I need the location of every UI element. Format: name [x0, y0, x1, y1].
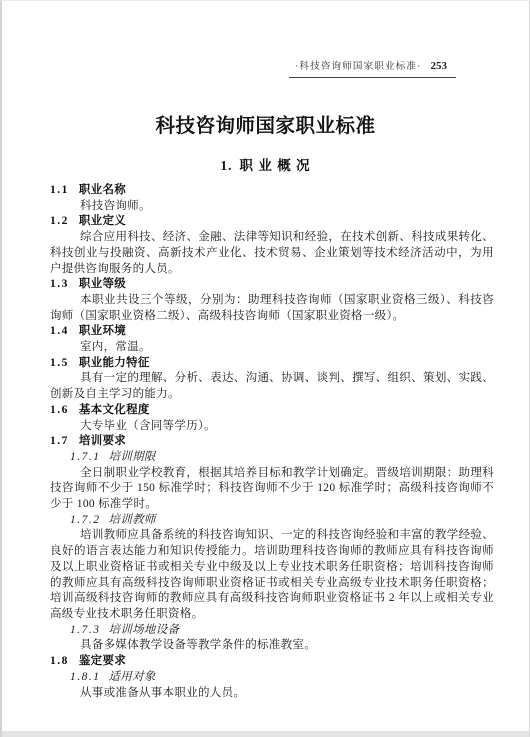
section-heading: 1.5职业能力特征 — [50, 356, 494, 372]
subsection-1-7-3: 1.7.3培训场地设备 具备多媒体教学设备等教学条件的标准教室。 — [50, 623, 494, 654]
paragraph: 具有一定的理解、分析、表达、沟通、协调、谈判、撰写、组织、策划、实践、创新及自主… — [50, 371, 494, 402]
section-1-3: 1.3职业等级 本职业共设三个等级，分别为：助理科技咨询师（国家职业资格三级）、… — [50, 277, 494, 324]
subsection-title: 适用对象 — [109, 671, 156, 683]
section-heading: 1.6基本文化程度 — [50, 403, 494, 419]
section-heading: 1.1职业名称 — [50, 183, 494, 199]
section-title: 基本文化程度 — [79, 404, 150, 416]
section-number: 1.2 — [50, 215, 69, 227]
section-heading: 1.2职业定义 — [50, 214, 494, 230]
page-header: ·科技咨询师国家职业标准· 253 — [289, 58, 456, 78]
paragraph: 全日制职业学校教育，根据其培养目标和教学计划确定。晋级培训期限：助理科技咨询师不… — [50, 466, 494, 513]
section-heading: 1.8鉴定要求 — [50, 654, 494, 670]
running-title: ·科技咨询师国家职业标准· — [295, 58, 421, 72]
section-1-1: 1.1职业名称 科技咨询师。 — [50, 183, 494, 214]
subsection-number: 1.8.1 — [70, 671, 101, 683]
page-bottom-edge — [2, 731, 529, 737]
subsection-1-8-1: 1.8.1适用对象 从事或准备从事本职业的人员。 — [50, 670, 494, 701]
chapter-title: 职 业 概 况 — [240, 158, 311, 173]
section-1-7: 1.7培训要求 1.7.1培训期限 全日制职业学校教育，根据其培养目标和教学计划… — [50, 434, 494, 654]
section-title: 职业定义 — [79, 215, 126, 227]
subsection-1-7-1: 1.7.1培训期限 全日制职业学校教育，根据其培养目标和教学计划确定。晋级培训期… — [50, 450, 494, 513]
section-heading: 1.3职业等级 — [50, 277, 494, 293]
section-1-5: 1.5职业能力特征 具有一定的理解、分析、表达、沟通、协调、谈判、撰写、组织、策… — [50, 356, 494, 403]
subsection-heading: 1.7.1培训期限 — [70, 450, 494, 466]
section-heading: 1.4职业环境 — [50, 324, 494, 340]
paragraph: 室内，常温。 — [50, 340, 494, 356]
subsection-title: 培训教师 — [109, 514, 156, 526]
section-number: 1.8 — [50, 655, 69, 667]
section-1-8: 1.8鉴定要求 1.8.1适用对象 从事或准备从事本职业的人员。 — [50, 654, 494, 701]
subsection-heading: 1.7.2培训教师 — [70, 513, 494, 529]
subsection-heading: 1.8.1适用对象 — [70, 670, 494, 686]
paragraph: 大专毕业（含同等学历）。 — [50, 419, 494, 435]
subsection-heading: 1.7.3培训场地设备 — [70, 623, 494, 639]
subsection-title: 培训场地设备 — [109, 624, 180, 636]
paragraph: 本职业共设三个等级，分别为：助理科技咨询师（国家职业资格三级）、科技咨询师（国家… — [50, 293, 494, 324]
paragraph: 科技咨询师。 — [50, 199, 494, 215]
document-page: ·科技咨询师国家职业标准· 253 科技咨询师国家职业标准 1.职 业 概 况 … — [0, 0, 530, 737]
section-number: 1.1 — [50, 184, 69, 196]
document-body: 1.1职业名称 科技咨询师。 1.2职业定义 综合应用科技、经济、金融、法律等知… — [50, 183, 494, 701]
subsection-number: 1.7.2 — [70, 514, 101, 526]
section-title: 培训要求 — [79, 435, 126, 447]
section-number: 1.6 — [50, 404, 69, 416]
page-number: 253 — [431, 60, 448, 72]
section-1-2: 1.2职业定义 综合应用科技、经济、金融、法律等知识和经验，在技术创新、科技成果… — [50, 214, 494, 277]
subsection-1-7-2: 1.7.2培训教师 培训教师应具备系统的科技咨询知识、一定的科技咨询经验和丰富的… — [50, 513, 494, 623]
paragraph: 综合应用科技、经济、金融、法律等知识和经验，在技术创新、科技成果转化、科技创业与… — [50, 230, 494, 277]
document-title: 科技咨询师国家职业标准 — [2, 114, 529, 140]
section-1-4: 1.4职业环境 室内，常温。 — [50, 324, 494, 355]
paragraph: 从事或准备从事本职业的人员。 — [50, 686, 494, 702]
subsection-number: 1.7.3 — [70, 624, 101, 636]
section-title: 职业环境 — [79, 325, 126, 337]
paragraph: 培训教师应具备系统的科技咨询知识、一定的科技咨询经验和丰富的教学经验、良好的语言… — [50, 528, 494, 622]
section-number: 1.5 — [50, 357, 69, 369]
section-title: 职业能力特征 — [79, 357, 150, 369]
section-heading: 1.7培训要求 — [50, 434, 494, 450]
subsection-number: 1.7.1 — [70, 451, 101, 463]
subsection-title: 培训期限 — [109, 451, 156, 463]
section-title: 职业等级 — [79, 278, 126, 290]
section-title: 鉴定要求 — [79, 655, 126, 667]
chapter-heading: 1.职 业 概 况 — [2, 158, 529, 174]
section-title: 职业名称 — [79, 184, 126, 196]
paragraph: 具备多媒体教学设备等教学条件的标准教室。 — [50, 638, 494, 654]
section-1-6: 1.6基本文化程度 大专毕业（含同等学历）。 — [50, 403, 494, 434]
section-number: 1.4 — [50, 325, 69, 337]
section-number: 1.7 — [50, 435, 69, 447]
chapter-number: 1. — [220, 158, 232, 173]
section-number: 1.3 — [50, 278, 69, 290]
